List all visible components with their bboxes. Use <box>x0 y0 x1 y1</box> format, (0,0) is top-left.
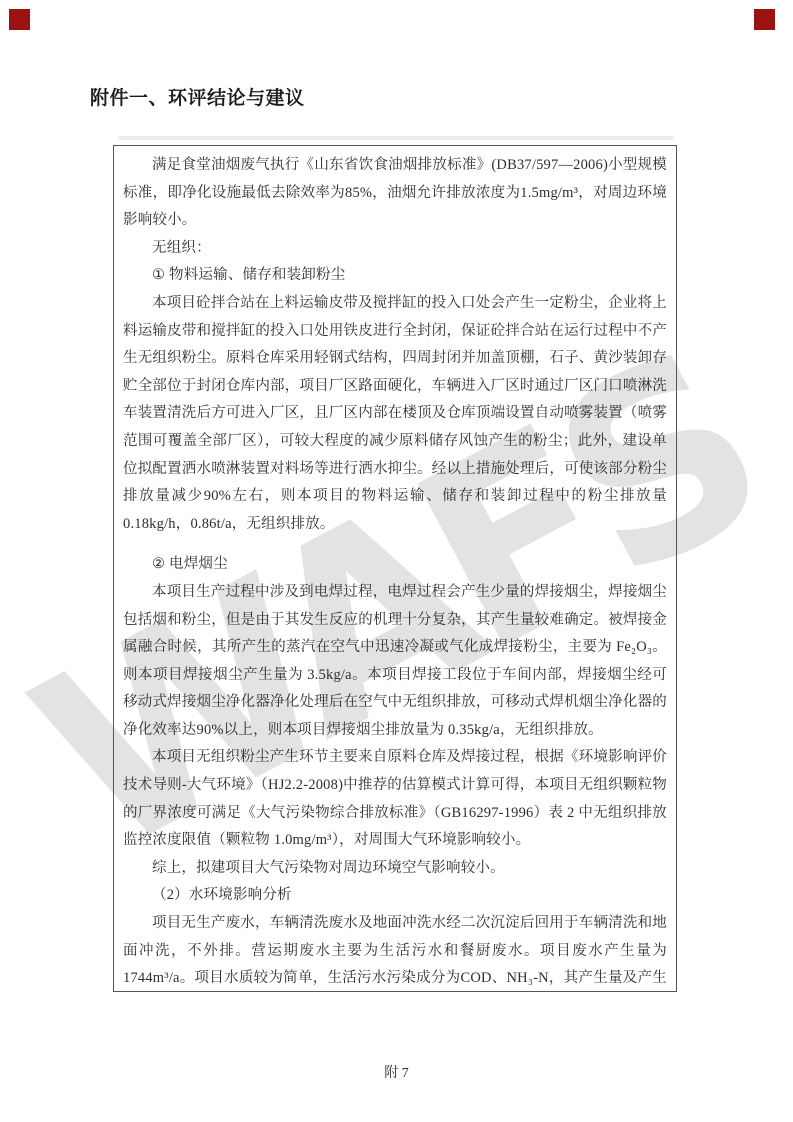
paragraph-welding-fume-detail: 本项目生产过程中涉及到电焊过程，电焊过程会产生少量的焊接烟尘，焊接烟尘包括烟和粉… <box>123 579 667 745</box>
document-page: 附件一、环评结论与建议 WAFS 满足食堂油烟废气执行《山东省饮食油烟排放标准》… <box>0 0 793 1122</box>
paragraph-oil-fume-standard: 满足食堂油烟废气执行《山东省饮食油烟排放标准》(DB37/597—2006)小型… <box>123 152 667 235</box>
paragraph-dust-control-measures: 本项目砼拌合站在上料运输皮带及搅拌缸的投入口处会产生一定粉尘，企业将上料运输皮带… <box>123 290 667 538</box>
red-corner-mark-top-right <box>754 9 775 30</box>
scan-artifact-line <box>118 136 674 140</box>
red-corner-mark-top-left <box>9 9 30 30</box>
heading-water-impact-analysis: （2）水环境影响分析 <box>123 882 667 910</box>
content-box: 满足食堂油烟废气执行《山东省饮食油烟排放标准》(DB37/597—2006)小型… <box>113 145 677 992</box>
paragraph-wastewater-analysis: 项目无生产废水，车辆清洗废水及地面冲洗水经二次沉淀后回用于车辆清洗和地面冲洗，不… <box>123 910 667 992</box>
paragraph-air-conclusion: 综上，拟建项目大气污染物对周边环境空气影响较小。 <box>123 855 667 883</box>
list-item-2-welding-fume: ② 电焊烟尘 <box>123 551 667 579</box>
page-title: 附件一、环评结论与建议 <box>90 86 305 112</box>
paragraph-unorganized-estimate: 本项目无组织粉尘产生环节主要来自原料仓库及焊接过程，根据《环境影响评价技术导则-… <box>123 744 667 854</box>
page-number: 附 7 <box>0 1062 793 1082</box>
paragraph-unorganized-label: 无组织： <box>123 235 667 263</box>
list-item-1-material-dust: ① 物料运输、储存和装卸粉尘 <box>123 262 667 290</box>
